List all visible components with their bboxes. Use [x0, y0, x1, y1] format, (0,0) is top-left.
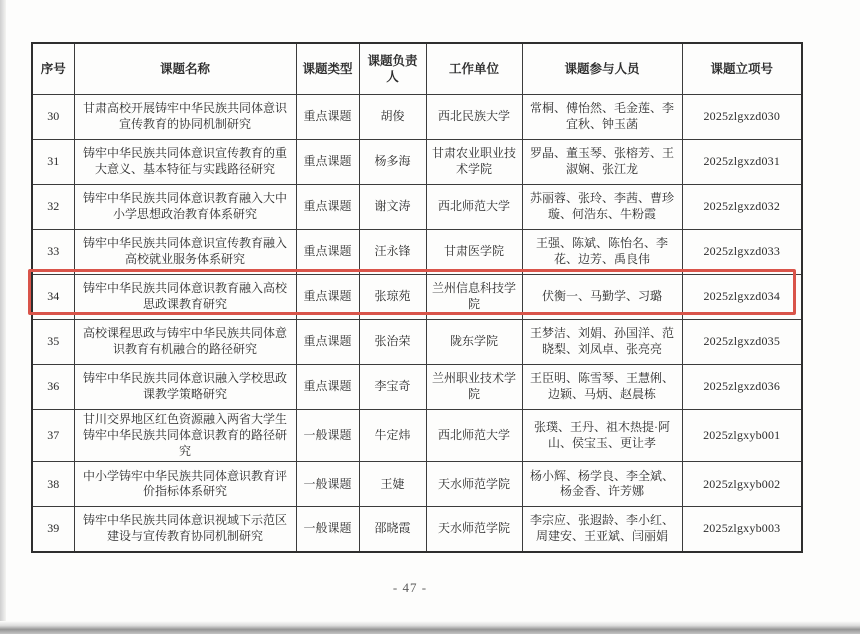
cell-leader: 张琼苑	[359, 275, 426, 320]
cell-members: 常桐、傅怡然、毛金莲、李宜秋、钟玉菡	[522, 95, 682, 140]
page-number: - 47 -	[365, 580, 455, 596]
cell-type: 重点课题	[296, 95, 359, 140]
cell-leader: 谢文涛	[359, 185, 426, 230]
page-left-scan-shadow	[0, 0, 6, 634]
column-header-num: 序号	[32, 43, 74, 95]
cell-code: 2025zlgxzd033	[682, 230, 802, 275]
table-row-highlighted: 34 铸牢中华民族共同体意识教育融入高校思政课教育研究 重点课题 张琼苑 兰州信…	[32, 275, 802, 320]
cell-code: 2025zlgxzd035	[682, 320, 802, 365]
cell-code: 2025zlgxzd030	[682, 95, 802, 140]
cell-type: 重点课题	[296, 275, 359, 320]
column-header-title: 课题名称	[74, 43, 296, 95]
cell-num: 35	[32, 320, 74, 365]
cell-type: 重点课题	[296, 185, 359, 230]
table-row: 33 铸牢中华民族共同体意识宣传教育融入高校就业服务体系研究 重点课题 汪永锋 …	[32, 230, 802, 275]
cell-members: 杨小辉、杨学良、李全斌、杨金香、许芳娜	[522, 462, 682, 507]
cell-org: 天水师范学院	[426, 462, 522, 507]
cell-title: 高校课程思政与铸牢中华民族共同体意识教育有机融合的路径研究	[74, 320, 296, 365]
cell-leader: 邵晓霞	[359, 507, 426, 552]
table-row: 39 铸牢中华民族共同体意识视域下示范区建设与宣传教育协同机制研究 一般课题 邵…	[32, 507, 802, 552]
projects-table: 序号 课题名称 课题类型 课题负责人 工作单位 课题参与人员 课题立项号 30 …	[31, 42, 803, 553]
table-row: 30 甘肃高校开展铸牢中华民族共同体意识宣传教育的协同机制研究 重点课题 胡俊 …	[32, 95, 802, 140]
cell-num: 38	[32, 462, 74, 507]
cell-num: 30	[32, 95, 74, 140]
table-row: 35 高校课程思政与铸牢中华民族共同体意识教育有机融合的路径研究 重点课题 张治…	[32, 320, 802, 365]
column-header-code: 课题立项号	[682, 43, 802, 95]
cell-type: 重点课题	[296, 365, 359, 410]
cell-org: 西北师范大学	[426, 185, 522, 230]
cell-title: 铸牢中华民族共同体意识教育融入高校思政课教育研究	[74, 275, 296, 320]
table-row: 32 铸牢中华民族共同体意识教育融入大中小学思想政治教育体系研究 重点课题 谢文…	[32, 185, 802, 230]
cell-title: 甘肃高校开展铸牢中华民族共同体意识宣传教育的协同机制研究	[74, 95, 296, 140]
cell-members: 苏丽蓉、张玲、李茜、曹珍璇、何浩东、牛粉霞	[522, 185, 682, 230]
cell-org: 天水师范学院	[426, 507, 522, 552]
cell-type: 重点课题	[296, 320, 359, 365]
column-header-type: 课题类型	[296, 43, 359, 95]
table-row: 38 中小学铸牢中华民族共同体意识教育评价指标体系研究 一般课题 王婕 天水师范…	[32, 462, 802, 507]
scanned-document-page: 序号 课题名称 课题类型 课题负责人 工作单位 课题参与人员 课题立项号 30 …	[0, 0, 860, 634]
cell-type: 一般课题	[296, 462, 359, 507]
cell-org: 兰州信息科技学院	[426, 275, 522, 320]
cell-org: 甘肃农业职业技术学院	[426, 140, 522, 185]
cell-members: 李宗应、张遐龄、李小红、周建安、王亚斌、闫丽娟	[522, 507, 682, 552]
cell-code: 2025zlgxzd034	[682, 275, 802, 320]
cell-code: 2025zlgxyb002	[682, 462, 802, 507]
cell-org: 西北师范大学	[426, 410, 522, 462]
column-header-org: 工作单位	[426, 43, 522, 95]
cell-leader: 张治荣	[359, 320, 426, 365]
cell-code: 2025zlgxzd036	[682, 365, 802, 410]
cell-type: 重点课题	[296, 140, 359, 185]
cell-title: 铸牢中华民族共同体意识视域下示范区建设与宣传教育协同机制研究	[74, 507, 296, 552]
page-bottom-scan-shadow	[0, 621, 860, 634]
cell-members: 王梦洁、刘娟、孙国洋、范晓梨、刘凤卓、张亮亮	[522, 320, 682, 365]
cell-members: 罗晶、董玉琴、张榕芳、王淑娴、张江龙	[522, 140, 682, 185]
cell-org: 兰州职业技术学院	[426, 365, 522, 410]
cell-title: 中小学铸牢中华民族共同体意识教育评价指标体系研究	[74, 462, 296, 507]
cell-members: 王臣明、陈雪琴、王慧俐、边颖、马炳、赵晨栋	[522, 365, 682, 410]
cell-code: 2025zlgxzd032	[682, 185, 802, 230]
table-row: 36 铸牢中华民族共同体意识融入学校思政课教学策略研究 重点课题 李宝奇 兰州职…	[32, 365, 802, 410]
cell-code: 2025zlgxzd031	[682, 140, 802, 185]
cell-type: 一般课题	[296, 507, 359, 552]
cell-num: 39	[32, 507, 74, 552]
table-row: 37 甘川交界地区红色资源融入两省大学生铸牢中华民族共同体意识教育的路径研究 一…	[32, 410, 802, 462]
cell-code: 2025zlgxyb003	[682, 507, 802, 552]
cell-leader: 牛定炜	[359, 410, 426, 462]
cell-num: 32	[32, 185, 74, 230]
cell-leader: 李宝奇	[359, 365, 426, 410]
cell-members: 王强、陈斌、陈怡名、李花、边芳、禹良伟	[522, 230, 682, 275]
cell-num: 34	[32, 275, 74, 320]
cell-org: 西北民族大学	[426, 95, 522, 140]
cell-members: 伏衡一、马勤学、习璐	[522, 275, 682, 320]
cell-title: 铸牢中华民族共同体意识宣传教育融入高校就业服务体系研究	[74, 230, 296, 275]
cell-num: 37	[32, 410, 74, 462]
cell-members: 张璞、王丹、祖木热提·阿山、侯宝玉、更让孝	[522, 410, 682, 462]
cell-num: 36	[32, 365, 74, 410]
cell-leader: 王婕	[359, 462, 426, 507]
cell-title: 铸牢中华民族共同体意识宣传教育的重大意义、基本特征与实践路径研究	[74, 140, 296, 185]
column-header-leader: 课题负责人	[359, 43, 426, 95]
table-row: 31 铸牢中华民族共同体意识宣传教育的重大意义、基本特征与实践路径研究 重点课题…	[32, 140, 802, 185]
cell-title: 铸牢中华民族共同体意识融入学校思政课教学策略研究	[74, 365, 296, 410]
cell-title: 甘川交界地区红色资源融入两省大学生铸牢中华民族共同体意识教育的路径研究	[74, 410, 296, 462]
cell-num: 31	[32, 140, 74, 185]
cell-org: 陇东学院	[426, 320, 522, 365]
column-header-members: 课题参与人员	[522, 43, 682, 95]
cell-leader: 汪永锋	[359, 230, 426, 275]
cell-code: 2025zlgxyb001	[682, 410, 802, 462]
table-header-row: 序号 课题名称 课题类型 课题负责人 工作单位 课题参与人员 课题立项号	[32, 43, 802, 95]
cell-type: 一般课题	[296, 410, 359, 462]
cell-org: 甘肃医学院	[426, 230, 522, 275]
cell-leader: 胡俊	[359, 95, 426, 140]
cell-title: 铸牢中华民族共同体意识教育融入大中小学思想政治教育体系研究	[74, 185, 296, 230]
cell-num: 33	[32, 230, 74, 275]
cell-type: 重点课题	[296, 230, 359, 275]
cell-leader: 杨多海	[359, 140, 426, 185]
